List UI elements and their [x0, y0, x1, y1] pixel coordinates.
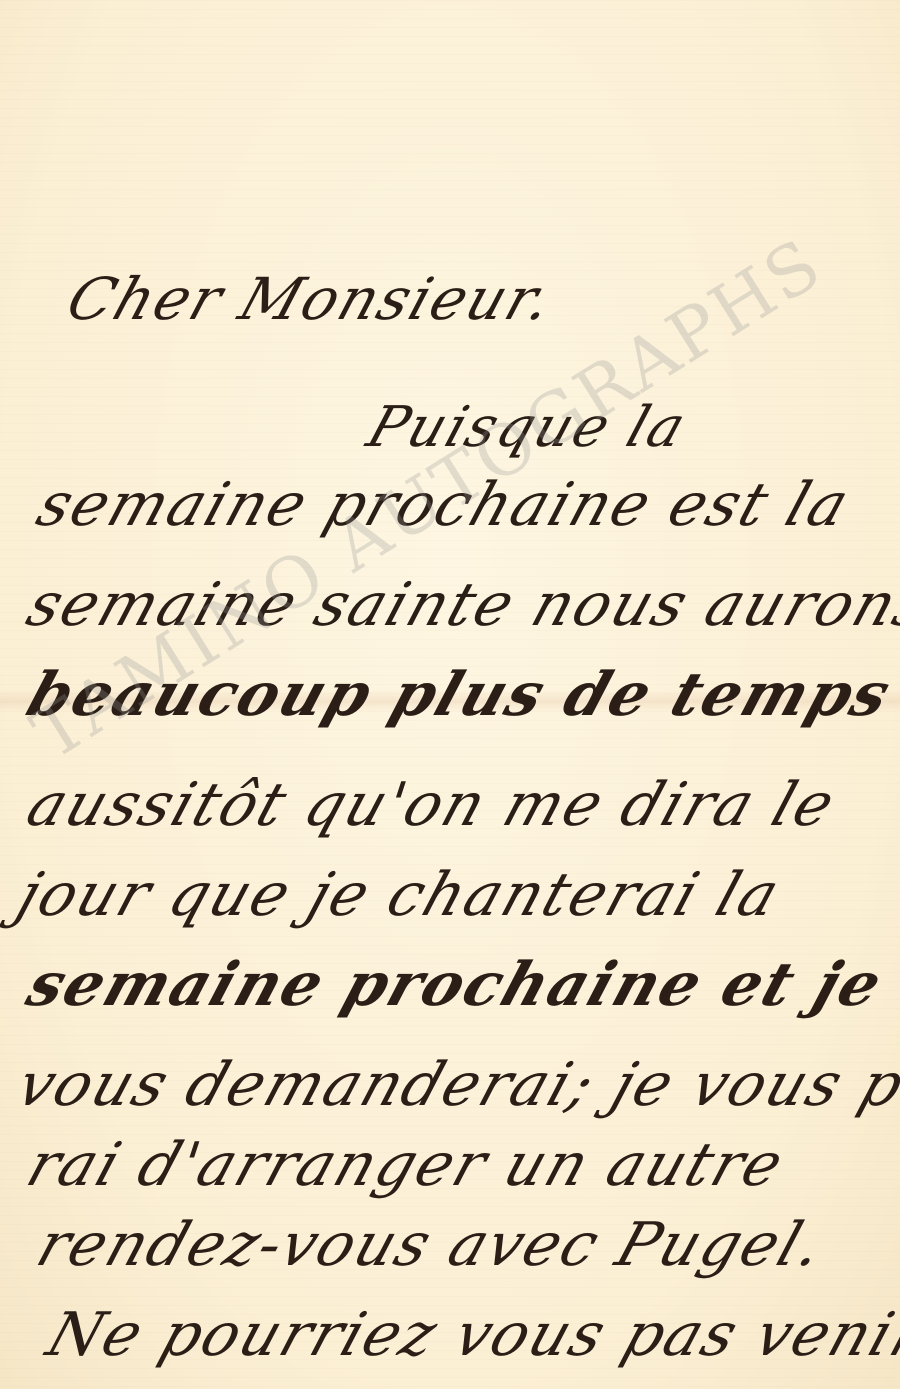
letter-line: aussitôt qu'on me dira le [19, 770, 845, 840]
letter-line: rendez-vous avec Pugel. [29, 1210, 834, 1280]
letter-salutation: Cher Monsieur. [59, 265, 563, 333]
letter-line: jour que je chanterai la [9, 860, 790, 930]
letter-line: rai d'arranger un autre [19, 1130, 794, 1200]
letter-line: vous demanderai; je vous prie- [9, 1050, 900, 1120]
letter-line: semaine prochaine et je [19, 950, 892, 1020]
letter-line: Ne pourriez vous pas venir [39, 1300, 900, 1370]
